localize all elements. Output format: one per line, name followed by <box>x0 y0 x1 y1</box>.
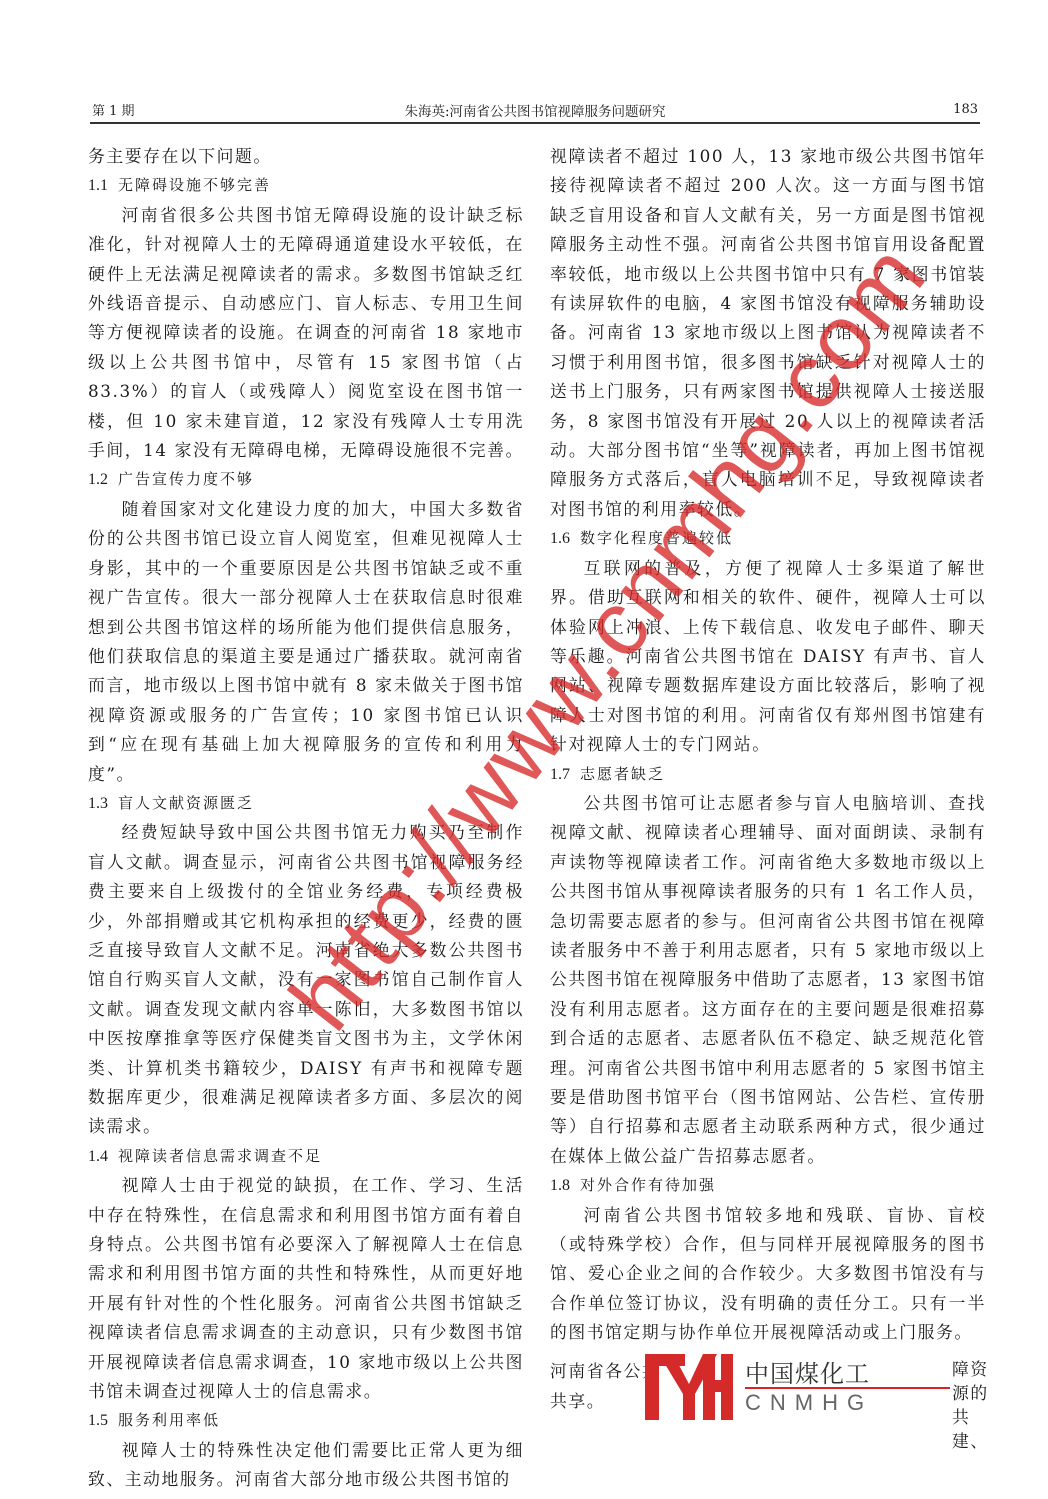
running-title: 朱海英:河南省公共图书馆视障服务问题研究 <box>90 100 980 120</box>
section-heading: 1.7志愿者缺乏 <box>550 760 986 789</box>
left-column: 务主要存在以下问题。 1.1无障碍设施不够完善 河南省很多公共图书馆无障碍设施的… <box>88 142 524 1495</box>
intro-text: 务主要存在以下问题。 <box>88 142 524 171</box>
page-number: 183 <box>953 102 978 117</box>
section-1-1: 1.1无障碍设施不够完善 河南省很多公共图书馆无障碍设施的设计缺乏标准化，针对视… <box>88 171 524 465</box>
section-body: 随着国家对文化建设力度的加大，中国大多数省份的公共图书馆已设立盲人阅览室，但难见… <box>88 495 524 789</box>
right-column: 视障读者不超过 100 人，13 家地市级公共图书馆年接待视障读者不超过 200… <box>550 142 986 1348</box>
section-1-2: 1.2广告宣传力度不够 随着国家对文化建设力度的加大，中国大多数省份的公共图书馆… <box>88 465 524 788</box>
section-body: 视障人士的特殊性决定他们需要比正常人更为细致、主动地服务。河南省大部分地市级公共… <box>88 1436 524 1495</box>
section-heading: 1.1无障碍设施不够完善 <box>88 171 524 200</box>
section-1-3: 1.3盲人文献资源匮乏 经费短缺导致中国公共图书馆无力购买乃至制作盲人文献。调查… <box>88 789 524 1142</box>
running-header: 第 1 期 朱海英:河南省公共图书馆视障服务问题研究 183 <box>90 98 980 122</box>
section-1-6: 1.6数字化程度普遍较低 互联网的普及，方便了视障人士多渠道了解世界。借助互联网… <box>550 524 986 759</box>
logo-divider <box>745 1387 950 1389</box>
section-heading: 1.6数字化程度普遍较低 <box>550 524 986 553</box>
section-heading: 1.3盲人文献资源匮乏 <box>88 789 524 818</box>
logo-english-text: CNMHG <box>745 1390 873 1416</box>
section-1-7: 1.7志愿者缺乏 公共图书馆可让志愿者参与盲人电脑培训、查找视障文献、视障读者心… <box>550 760 986 1172</box>
logo-chinese-text: 中国煤化工 <box>745 1354 870 1389</box>
tail-line-1: 河南省各公共 <box>550 1357 660 1386</box>
section-1-8: 1.8对外合作有待加强 河南省公共图书馆较多地和残联、盲协、盲校（或特殊学校）合… <box>550 1171 986 1347</box>
logo-mark-icon <box>645 1354 733 1420</box>
section-1-5: 1.5服务利用率低 视障人士的特殊性决定他们需要比正常人更为细致、主动地服务。河… <box>88 1406 524 1494</box>
section-body: 公共图书馆可让志愿者参与盲人电脑培训、查找视障文献、视障读者心理辅导、面对面朗读… <box>550 789 986 1171</box>
section-1-4: 1.4视障读者信息需求调查不足 视障人士由于视觉的缺损，在工作、学习、生活中存在… <box>88 1142 524 1407</box>
section-heading: 1.8对外合作有待加强 <box>550 1171 986 1200</box>
cnmhg-logo: 中国煤化工 CNMHG 障资源的共建、 <box>645 1354 990 1424</box>
tail-line-1-right: 障资源的共建、 <box>952 1356 990 1452</box>
section-body: 河南省公共图书馆较多地和残联、盲协、盲校（或特殊学校）合作，但与同样开展视障服务… <box>550 1201 986 1348</box>
continuation-text: 视障读者不超过 100 人，13 家地市级公共图书馆年接待视障读者不超过 200… <box>550 142 986 524</box>
section-body: 河南省很多公共图书馆无障碍设施的设计缺乏标准化，针对视障人士的无障碍通道建设水平… <box>88 201 524 466</box>
section-body: 视障人士由于视觉的缺损，在工作、学习、生活中存在特殊性，在信息需求和利用图书馆方… <box>88 1171 524 1406</box>
section-body: 经费短缺导致中国公共图书馆无力购买乃至制作盲人文献。调查显示，河南省公共图书馆视… <box>88 818 524 1141</box>
section-heading: 1.5服务利用率低 <box>88 1406 524 1435</box>
header-rule <box>90 122 980 124</box>
section-heading: 1.4视障读者信息需求调查不足 <box>88 1142 524 1171</box>
section-body: 互联网的普及，方便了视障人士多渠道了解世界。借助互联网和相关的软件、硬件，视障人… <box>550 554 986 760</box>
section-heading: 1.2广告宣传力度不够 <box>88 465 524 494</box>
tail-line-2: 共享。 <box>550 1387 605 1416</box>
